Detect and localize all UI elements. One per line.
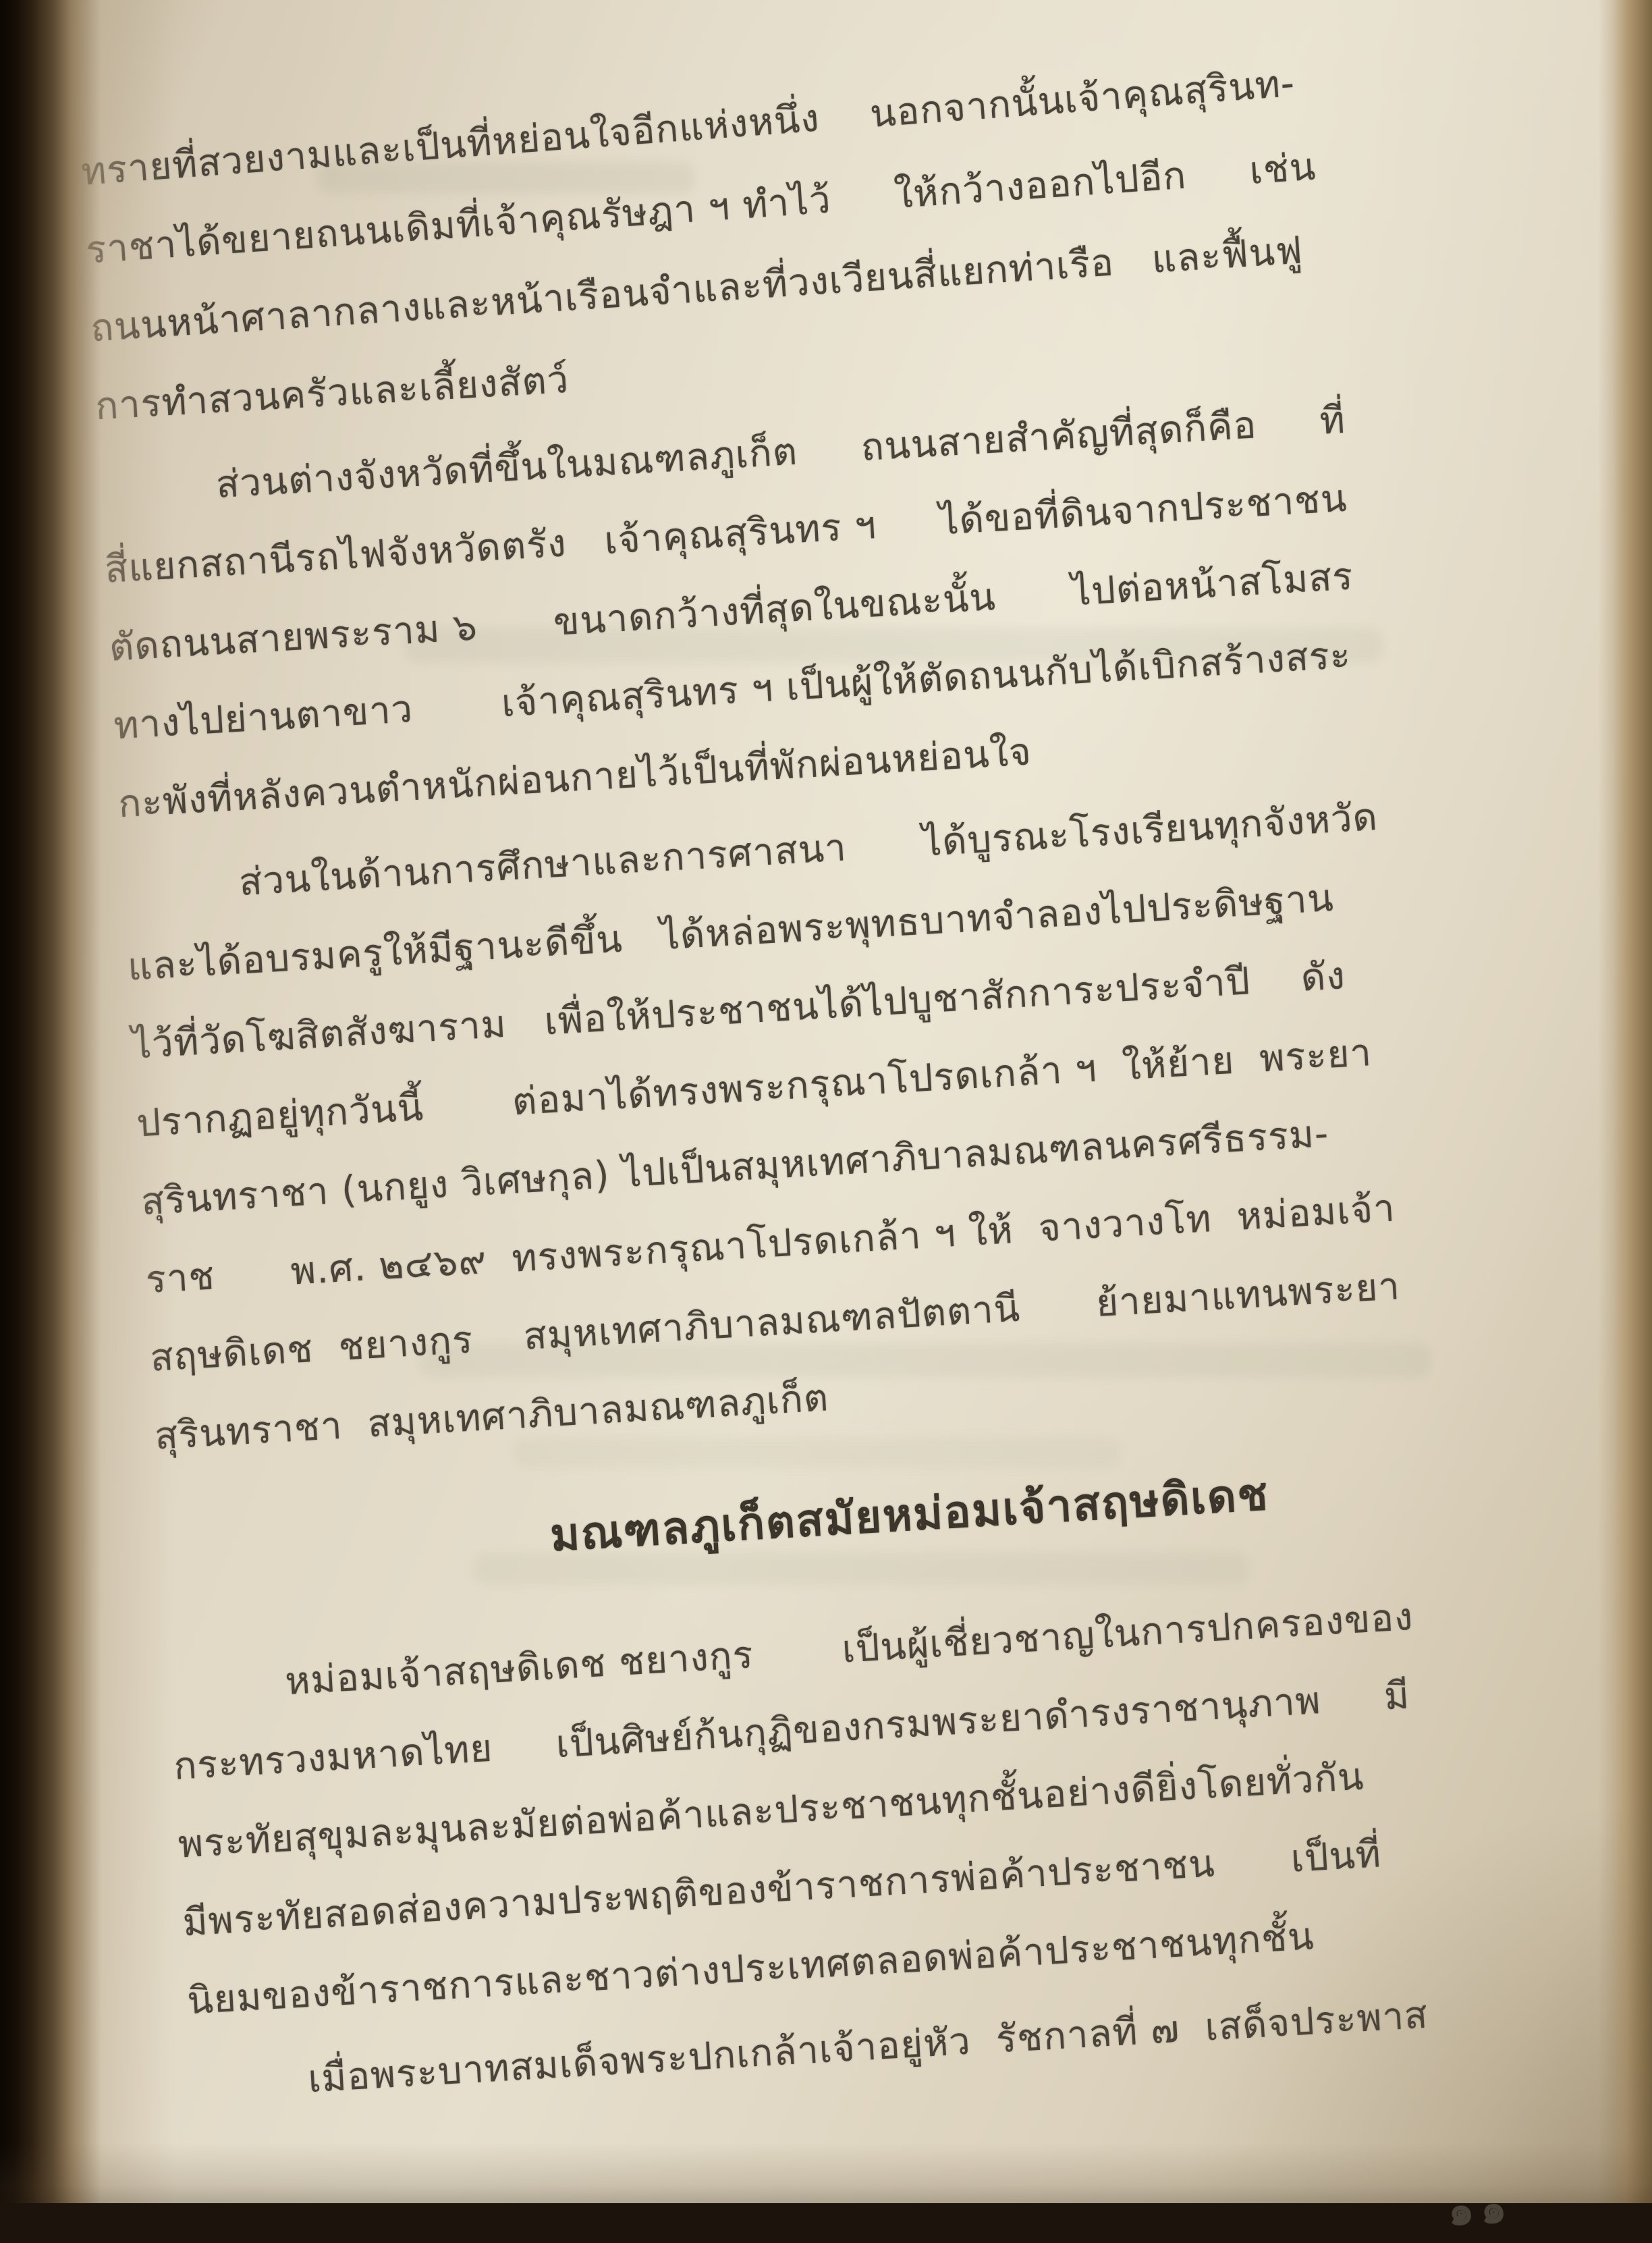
- paragraph: ส่วนต่างจังหวัดที่ขึ้นในมณฑลภูเก็ต ถนนสา…: [98, 367, 1616, 844]
- corner-shade: [1180, 1798, 1652, 2203]
- book-page-photo: ทรายที่สวยงามและเป็นที่หย่อนใจอีกแห่งหนึ…: [0, 0, 1652, 2203]
- paragraph: ส่วนในด้านการศึกษาและการศาสนา ได้บูรณะโร…: [121, 764, 1652, 1476]
- book-spine-shadow: [0, 0, 175, 2203]
